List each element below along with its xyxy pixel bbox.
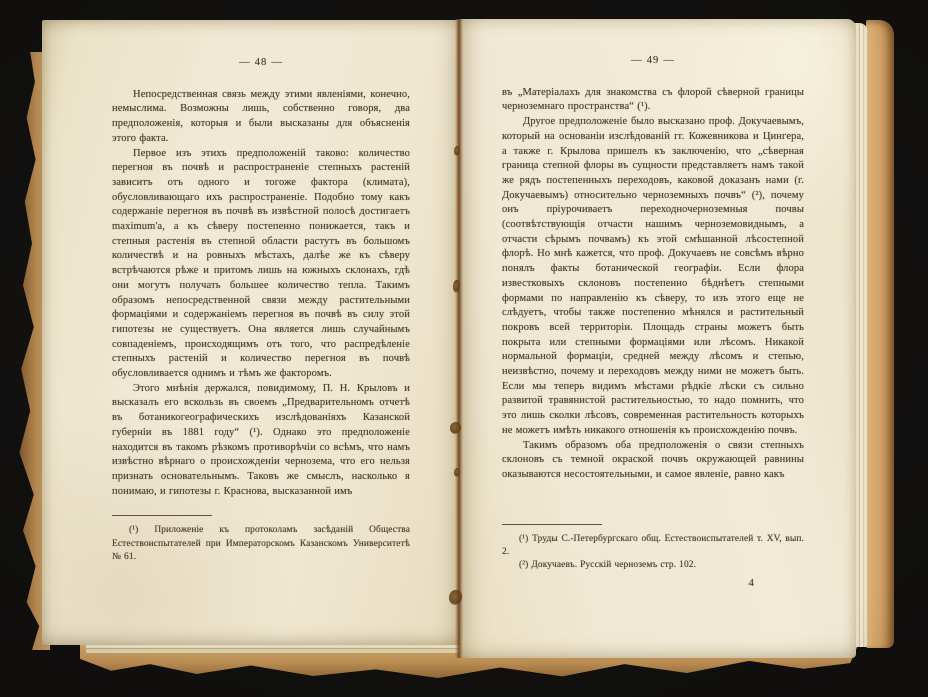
book-gutter xyxy=(455,19,463,658)
footnote-block: (¹) Труды С.-Петербургскаго общ. Естеств… xyxy=(502,524,804,592)
footnote: (¹) Труды С.-Петербургскаго общ. Естеств… xyxy=(502,533,804,559)
footnote-rule xyxy=(112,515,212,516)
book-photo: — 48 — Непосредственная связь между этим… xyxy=(0,0,928,697)
footnote: (²) Докучаевъ. Русскій черноземъ стр. 10… xyxy=(502,559,804,572)
footnote: (¹) Приложеніе къ протоколамъ засѣданій … xyxy=(112,524,410,564)
signature-mark: 4 xyxy=(502,577,804,592)
paragraph: Такимъ образомъ оба предположенія о связ… xyxy=(502,439,804,483)
paragraph: Другое предположеніе было высказано проф… xyxy=(502,115,804,438)
paragraph: въ „Матеріалахъ для знакомства съ флорой… xyxy=(502,86,804,115)
page-number-header-48: — 48 — xyxy=(112,56,410,71)
left-page-text-column: — 48 — Непосредственная связь между этим… xyxy=(112,56,410,564)
paragraph: Непосредственная связь между этими явлен… xyxy=(112,88,410,147)
footnote-block: (¹) Приложеніе къ протоколамъ засѣданій … xyxy=(112,515,410,564)
paragraph: Первое изъ этихъ предположеній таково: к… xyxy=(112,147,410,382)
page-number-header-49: — 49 — xyxy=(502,54,804,69)
book-cover-right-edge xyxy=(866,20,894,648)
footnote-rule xyxy=(502,524,602,525)
paragraph: Этого мнѣнія держался, повидимому, П. Н.… xyxy=(112,382,410,500)
right-page-text-column: — 49 — въ „Матеріалахъ для знакомства съ… xyxy=(502,54,804,592)
